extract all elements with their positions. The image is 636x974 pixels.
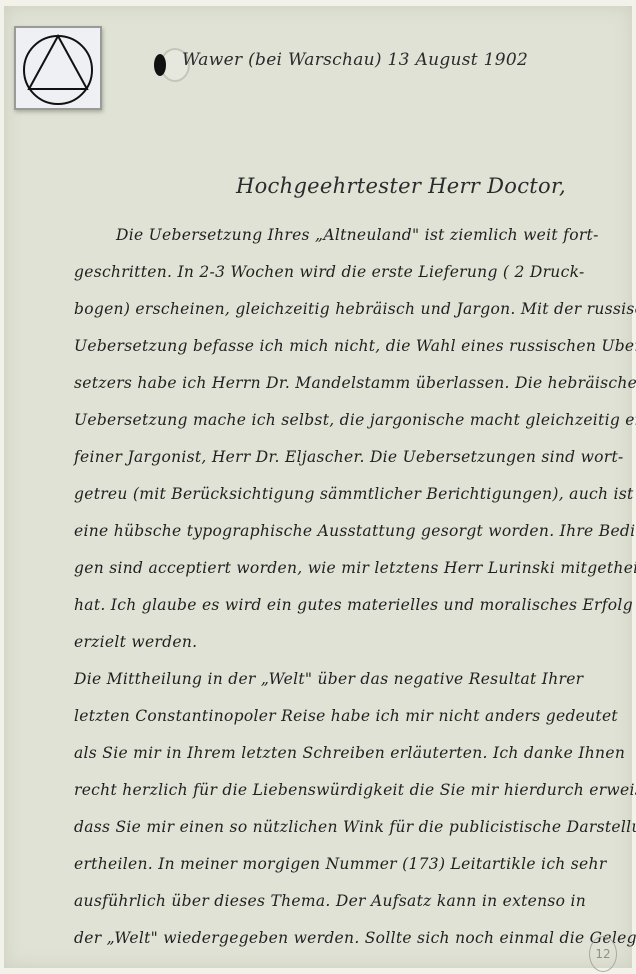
salutation: Hochgeehrtester Herr Doctor,	[236, 174, 566, 198]
body-line: ausführlich über dieses Thema. Der Aufsa…	[74, 892, 586, 910]
body-line: Uebersetzung mache ich selbst, die jargo…	[74, 411, 636, 429]
body-line: der „Welt" wiedergegeben werden. Sollte …	[74, 929, 636, 947]
body-line: Uebersetzung befasse ich mich nicht, die…	[74, 337, 636, 355]
punch-hole	[154, 54, 166, 76]
body-line: geschritten. In 2-3 Wochen wird die erst…	[74, 263, 585, 281]
body-line: dass Sie mir einen so nützlichen Wink fü…	[74, 818, 636, 836]
body-line: ertheilen. In meiner morgigen Nummer (17…	[74, 855, 607, 873]
body-line: eine hübsche typographische Ausstattung …	[74, 522, 636, 540]
dateline: Wawer (bei Warschau) 13 August 1902	[182, 50, 528, 70]
body-line: getreu (mit Berücksichtigung sämmtlicher…	[74, 485, 636, 503]
body-line: hat. Ich glaube es wird ein gutes materi…	[74, 596, 633, 614]
body-line: bogen) erscheinen, gleichzeitig hebräisc…	[74, 300, 636, 318]
body-line: gen sind acceptiert worden, wie mir letz…	[74, 559, 636, 577]
archive-stamp	[14, 26, 102, 110]
body-line: Die Mittheilung in der „Welt" über das n…	[74, 670, 583, 688]
body-line: feiner Jargonist, Herr Dr. Eljascher. Di…	[74, 448, 624, 466]
body-line: setzers habe ich Herrn Dr. Mandelstamm ü…	[74, 374, 636, 392]
body-line: als Sie mir in Ihrem letzten Schreiben e…	[74, 744, 625, 762]
body-line: Die Uebersetzung Ihres „Altneuland" ist …	[116, 226, 599, 244]
circle-triangle-emblem-icon	[16, 28, 100, 108]
body-line: erzielt werden.	[74, 633, 197, 651]
body-line: recht herzlich für die Liebenswürdigkeit…	[74, 781, 636, 799]
archive-page-number: 12	[589, 936, 617, 972]
letter-page: Wawer (bei Warschau) 13 August 1902 Hoch…	[4, 6, 632, 968]
body-line: letzten Constantinopoler Reise habe ich …	[74, 707, 618, 725]
